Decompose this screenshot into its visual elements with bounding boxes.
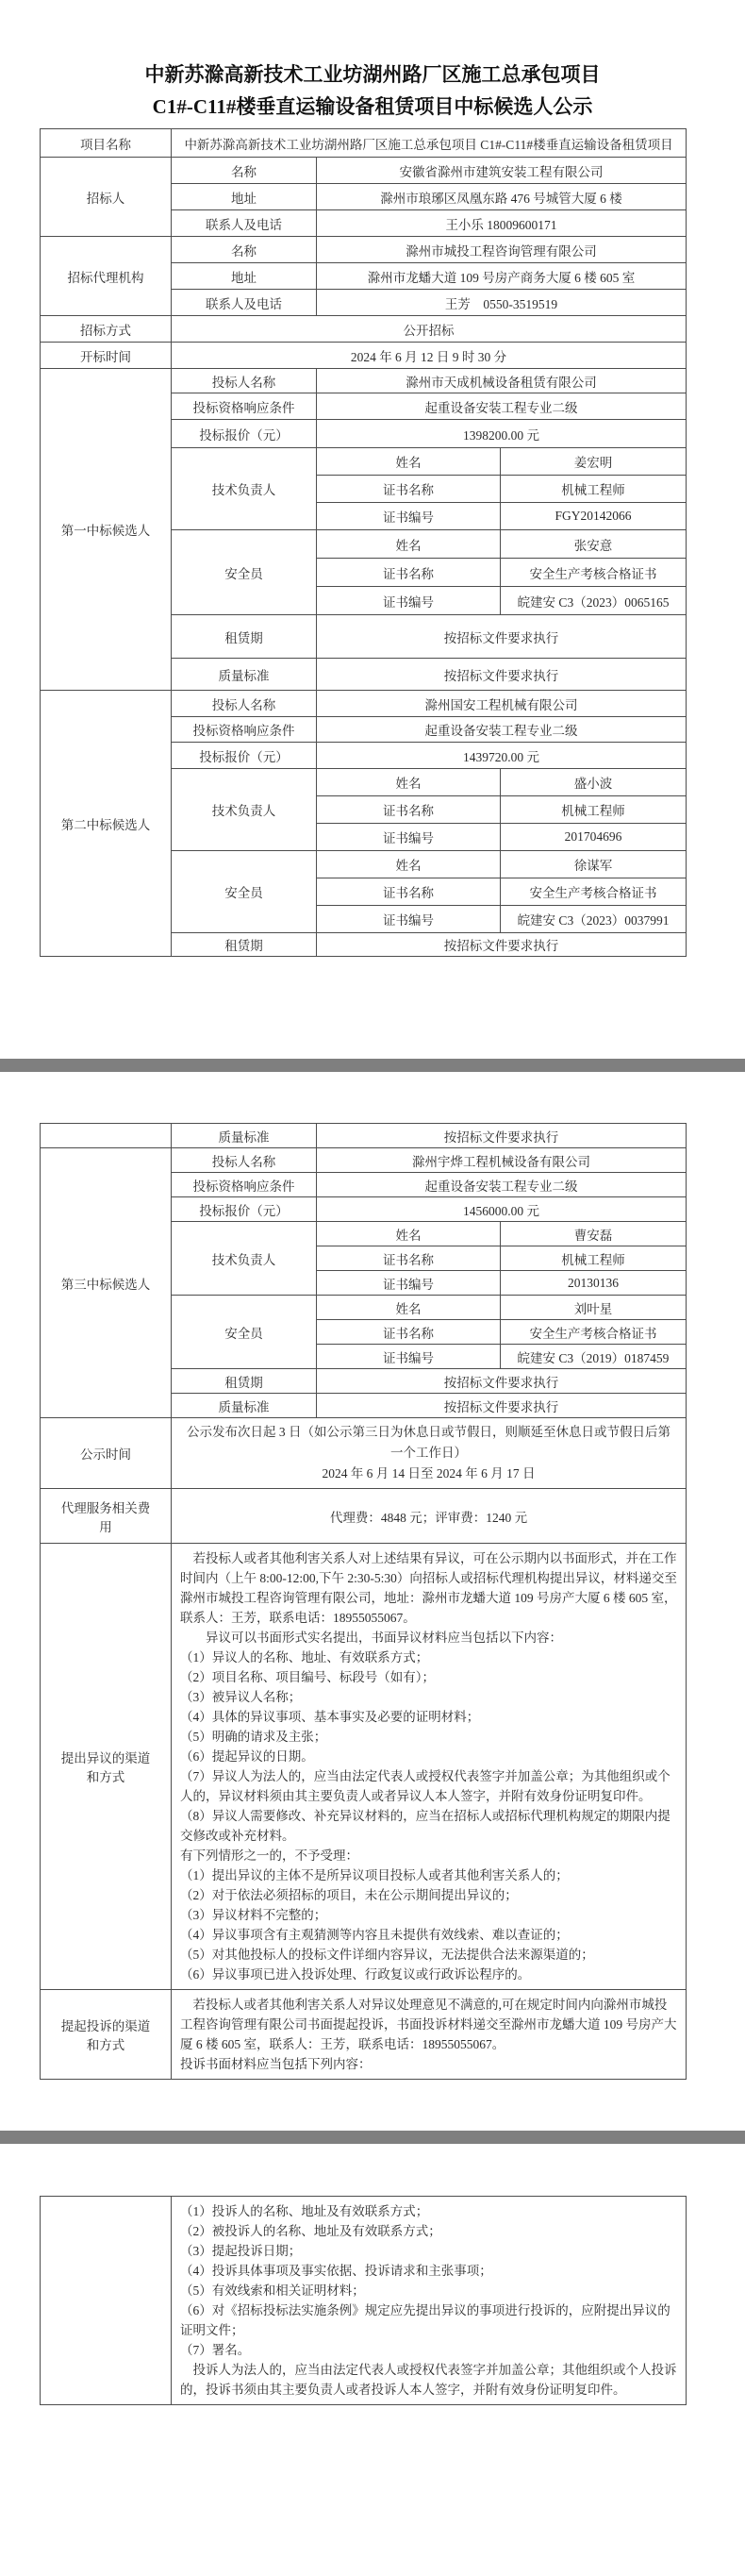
candidate3-quality-value: 按招标文件要求执行 (317, 1394, 687, 1418)
candidate1-price-label: 投标报价（元） (172, 420, 317, 448)
document-title-line2: C1#-C11#楼垂直运输设备租赁项目中标候选人公示 (0, 91, 745, 123)
page-separator-2 (0, 2131, 745, 2144)
candidate1-safety-cert-name-value: 安全生产考核合格证书 (501, 559, 687, 587)
document-page-1: 中新苏滁高新技术工业坊湖州路厂区施工总承包项目 C1#-C11#楼垂直运输设备租… (0, 0, 745, 1059)
agency-contact-label: 联系人及电话 (172, 290, 317, 316)
candidate2-quality-label: 质量标准 (172, 1124, 317, 1148)
publicity-time-line1: 公示发布次日起 3 日（如公示第三日为休息日或节假日，则顺延至休息日或节假日后第… (181, 1422, 676, 1464)
announcement-table-page2: 质量标准 按招标文件要求执行 第三中标候选人 投标人名称 滁州宇烨工程机械设备有… (40, 1123, 687, 2080)
document-page-2: 质量标准 按招标文件要求执行 第三中标候选人 投标人名称 滁州宇烨工程机械设备有… (0, 1072, 745, 2131)
agency-address-value: 滁州市龙蟠大道 109 号房产商务大厦 6 楼 605 室 (317, 263, 687, 290)
tender-method-value: 公开招标 (172, 316, 687, 343)
candidate2-tech-name-value: 盛小波 (501, 769, 687, 796)
candidate3-tech-lead-label: 技术负责人 (172, 1222, 317, 1296)
candidate2-section-label: 第二中标候选人 (41, 691, 172, 957)
candidate2-tech-cert-no-label: 证书编号 (317, 824, 501, 851)
candidate2-safety-cert-no-label: 证书编号 (317, 906, 501, 933)
candidate1-safety-name-label: 姓名 (317, 530, 501, 559)
candidate3-lease-term-label: 租赁期 (172, 1369, 317, 1394)
tenderer-name-value: 安徽省滁州市建筑安装工程有限公司 (317, 158, 687, 184)
candidate3-safety-name-label: 姓名 (317, 1296, 501, 1320)
candidate1-safety-officer-label: 安全员 (172, 530, 317, 615)
candidate2-tech-cert-name-value: 机械工程师 (501, 796, 687, 824)
publicity-time-label: 公示时间 (41, 1418, 172, 1489)
candidate3-bidder-name-label: 投标人名称 (172, 1148, 317, 1173)
complaint-channel-label: 提起投诉的渠道和方式 (41, 1990, 172, 2080)
candidate2-safety-cert-name-label: 证书名称 (317, 878, 501, 906)
candidate3-safety-cert-no-label: 证书编号 (317, 1345, 501, 1369)
tenderer-contact-label: 联系人及电话 (172, 210, 317, 237)
candidate3-lease-term-value: 按招标文件要求执行 (317, 1369, 687, 1394)
complaint-channel-text-continued: （1）投诉人的名称、地址及有效联系方式； （2）被投诉人的名称、地址及有效联系方… (172, 2197, 687, 2405)
candidate3-tech-cert-no-value: 20130136 (501, 1271, 687, 1296)
candidate2-safety-cert-no-value: 皖建安 C3（2023）0037991 (501, 906, 687, 933)
tenderer-contact-value: 王小乐 18009600171 (317, 210, 687, 237)
candidate3-tech-cert-name-label: 证书名称 (317, 1246, 501, 1271)
candidate2-section-continuation-cell (41, 1124, 172, 1148)
candidate1-tech-name-label: 姓名 (317, 448, 501, 476)
document-page-3: （1）投诉人的名称、地址及有效联系方式； （2）被投诉人的名称、地址及有效联系方… (0, 2144, 745, 2576)
candidate1-tech-cert-name-label: 证书名称 (317, 476, 501, 503)
objection-channel-label: 提出异议的渠道和方式 (41, 1544, 172, 1990)
publicity-time-value: 公示发布次日起 3 日（如公示第三日为休息日或节假日，则顺延至休息日或节假日后第… (172, 1418, 687, 1489)
candidate2-lease-term-label: 租赁期 (172, 933, 317, 957)
candidate2-quality-value: 按招标文件要求执行 (317, 1124, 687, 1148)
agency-contact-value: 王芳 0550-3519519 (317, 290, 687, 316)
candidate2-lease-term-value: 按招标文件要求执行 (317, 933, 687, 957)
candidate3-qualification-label: 投标资格响应条件 (172, 1173, 317, 1197)
candidate3-tech-name-value: 曹安磊 (501, 1222, 687, 1246)
candidate3-safety-officer-label: 安全员 (172, 1296, 317, 1369)
candidate1-safety-name-value: 张安意 (501, 530, 687, 559)
candidate1-qualification-label: 投标资格响应条件 (172, 393, 317, 420)
candidate2-tech-lead-label: 技术负责人 (172, 769, 317, 851)
candidate3-bidder-name-value: 滁州宇烨工程机械设备有限公司 (317, 1148, 687, 1173)
candidate1-tech-cert-no-label: 证书编号 (317, 503, 501, 530)
tender-method-label: 招标方式 (41, 316, 172, 343)
candidate1-tech-name-value: 姜宏明 (501, 448, 687, 476)
candidate2-tech-name-label: 姓名 (317, 769, 501, 796)
candidate2-safety-name-value: 徐谋军 (501, 851, 687, 878)
candidate1-lease-term-value: 按招标文件要求执行 (317, 615, 687, 659)
candidate1-tech-cert-no-value: FGY20142066 (501, 503, 687, 530)
agency-name-label: 名称 (172, 237, 317, 263)
agency-name-value: 滁州市城投工程咨询管理有限公司 (317, 237, 687, 263)
candidate2-qualification-label: 投标资格响应条件 (172, 717, 317, 743)
candidate2-price-value: 1439720.00 元 (317, 743, 687, 769)
candidate3-safety-cert-no-value: 皖建安 C3（2019）0187459 (501, 1345, 687, 1369)
candidate3-tech-cert-name-value: 机械工程师 (501, 1246, 687, 1271)
document-title: 中新苏滁高新技术工业坊湖州路厂区施工总承包项目 C1#-C11#楼垂直运输设备租… (0, 59, 745, 123)
objection-channel-text: 若投标人或者其他利害关系人对上述结果有异议，可在公示期内以书面形式，并在工作时间… (172, 1544, 687, 1990)
project-name-label: 项目名称 (41, 129, 172, 158)
publicity-time-line2: 2024 年 6 月 14 日至 2024 年 6 月 17 日 (181, 1464, 676, 1484)
candidate3-tech-name-label: 姓名 (317, 1222, 501, 1246)
candidate2-tech-cert-name-label: 证书名称 (317, 796, 501, 824)
candidate2-safety-cert-name-value: 安全生产考核合格证书 (501, 878, 687, 906)
tenderer-name-label: 名称 (172, 158, 317, 184)
candidate2-safety-officer-label: 安全员 (172, 851, 317, 933)
candidate3-tech-cert-no-label: 证书编号 (317, 1271, 501, 1296)
tenderer-section-label: 招标人 (41, 158, 172, 237)
agency-fee-label: 代理服务相关费用 (41, 1489, 172, 1544)
candidate1-quality-label: 质量标准 (172, 659, 317, 691)
candidate1-bidder-name-value: 滁州市天成机械设备租赁有限公司 (317, 369, 687, 393)
project-name-value: 中新苏滁高新技术工业坊湖州路厂区施工总承包项目 C1#-C11#楼垂直运输设备租… (172, 129, 687, 158)
document-title-line1: 中新苏滁高新技术工业坊湖州路厂区施工总承包项目 (0, 59, 745, 91)
candidate3-safety-cert-name-label: 证书名称 (317, 1320, 501, 1345)
candidate2-price-label: 投标报价（元） (172, 743, 317, 769)
candidate3-quality-label: 质量标准 (172, 1394, 317, 1418)
tenderer-address-label: 地址 (172, 184, 317, 210)
candidate1-bidder-name-label: 投标人名称 (172, 369, 317, 393)
candidate3-safety-name-value: 刘叶星 (501, 1296, 687, 1320)
complaint-channel-text: 若投标人或者其他利害关系人对异议处理意见不满意的,可在规定时间内向滁州市城投工程… (172, 1990, 687, 2080)
candidate1-section-label: 第一中标候选人 (41, 369, 172, 691)
candidate3-price-label: 投标报价（元） (172, 1197, 317, 1222)
candidate1-quality-value: 按招标文件要求执行 (317, 659, 687, 691)
candidate1-safety-cert-no-label: 证书编号 (317, 587, 501, 615)
candidate3-qualification-value: 起重设备安装工程专业二级 (317, 1173, 687, 1197)
bid-opening-time-label: 开标时间 (41, 343, 172, 369)
agency-fee-value: 代理费：4848 元；评审费：1240 元 (172, 1489, 687, 1544)
announcement-table-page3: （1）投诉人的名称、地址及有效联系方式； （2）被投诉人的名称、地址及有效联系方… (40, 2196, 687, 2405)
candidate2-safety-name-label: 姓名 (317, 851, 501, 878)
page-separator-1 (0, 1059, 745, 1072)
candidate3-safety-cert-name-value: 安全生产考核合格证书 (501, 1320, 687, 1345)
candidate2-bidder-name-value: 滁州国安工程机械有限公司 (317, 691, 687, 717)
candidate1-tech-cert-name-value: 机械工程师 (501, 476, 687, 503)
candidate3-price-value: 1456000.00 元 (317, 1197, 687, 1222)
announcement-table-page1: 项目名称 中新苏滁高新技术工业坊湖州路厂区施工总承包项目 C1#-C11#楼垂直… (40, 128, 687, 957)
candidate1-safety-cert-name-label: 证书名称 (317, 559, 501, 587)
candidate2-qualification-value: 起重设备安装工程专业二级 (317, 717, 687, 743)
agency-section-label: 招标代理机构 (41, 237, 172, 316)
bid-opening-time-value: 2024 年 6 月 12 日 9 时 30 分 (172, 343, 687, 369)
candidate1-safety-cert-no-value: 皖建安 C3（2023）0065165 (501, 587, 687, 615)
tenderer-address-value: 滁州市琅琊区凤凰东路 476 号城管大厦 6 楼 (317, 184, 687, 210)
candidate2-bidder-name-label: 投标人名称 (172, 691, 317, 717)
candidate3-section-label: 第三中标候选人 (41, 1148, 172, 1418)
candidate1-tech-lead-label: 技术负责人 (172, 448, 317, 530)
agency-address-label: 地址 (172, 263, 317, 290)
candidate2-tech-cert-no-value: 201704696 (501, 824, 687, 851)
candidate1-lease-term-label: 租赁期 (172, 615, 317, 659)
candidate1-price-value: 1398200.00 元 (317, 420, 687, 448)
complaint-channel-label-continuation-cell (41, 2197, 172, 2405)
candidate1-qualification-value: 起重设备安装工程专业二级 (317, 393, 687, 420)
